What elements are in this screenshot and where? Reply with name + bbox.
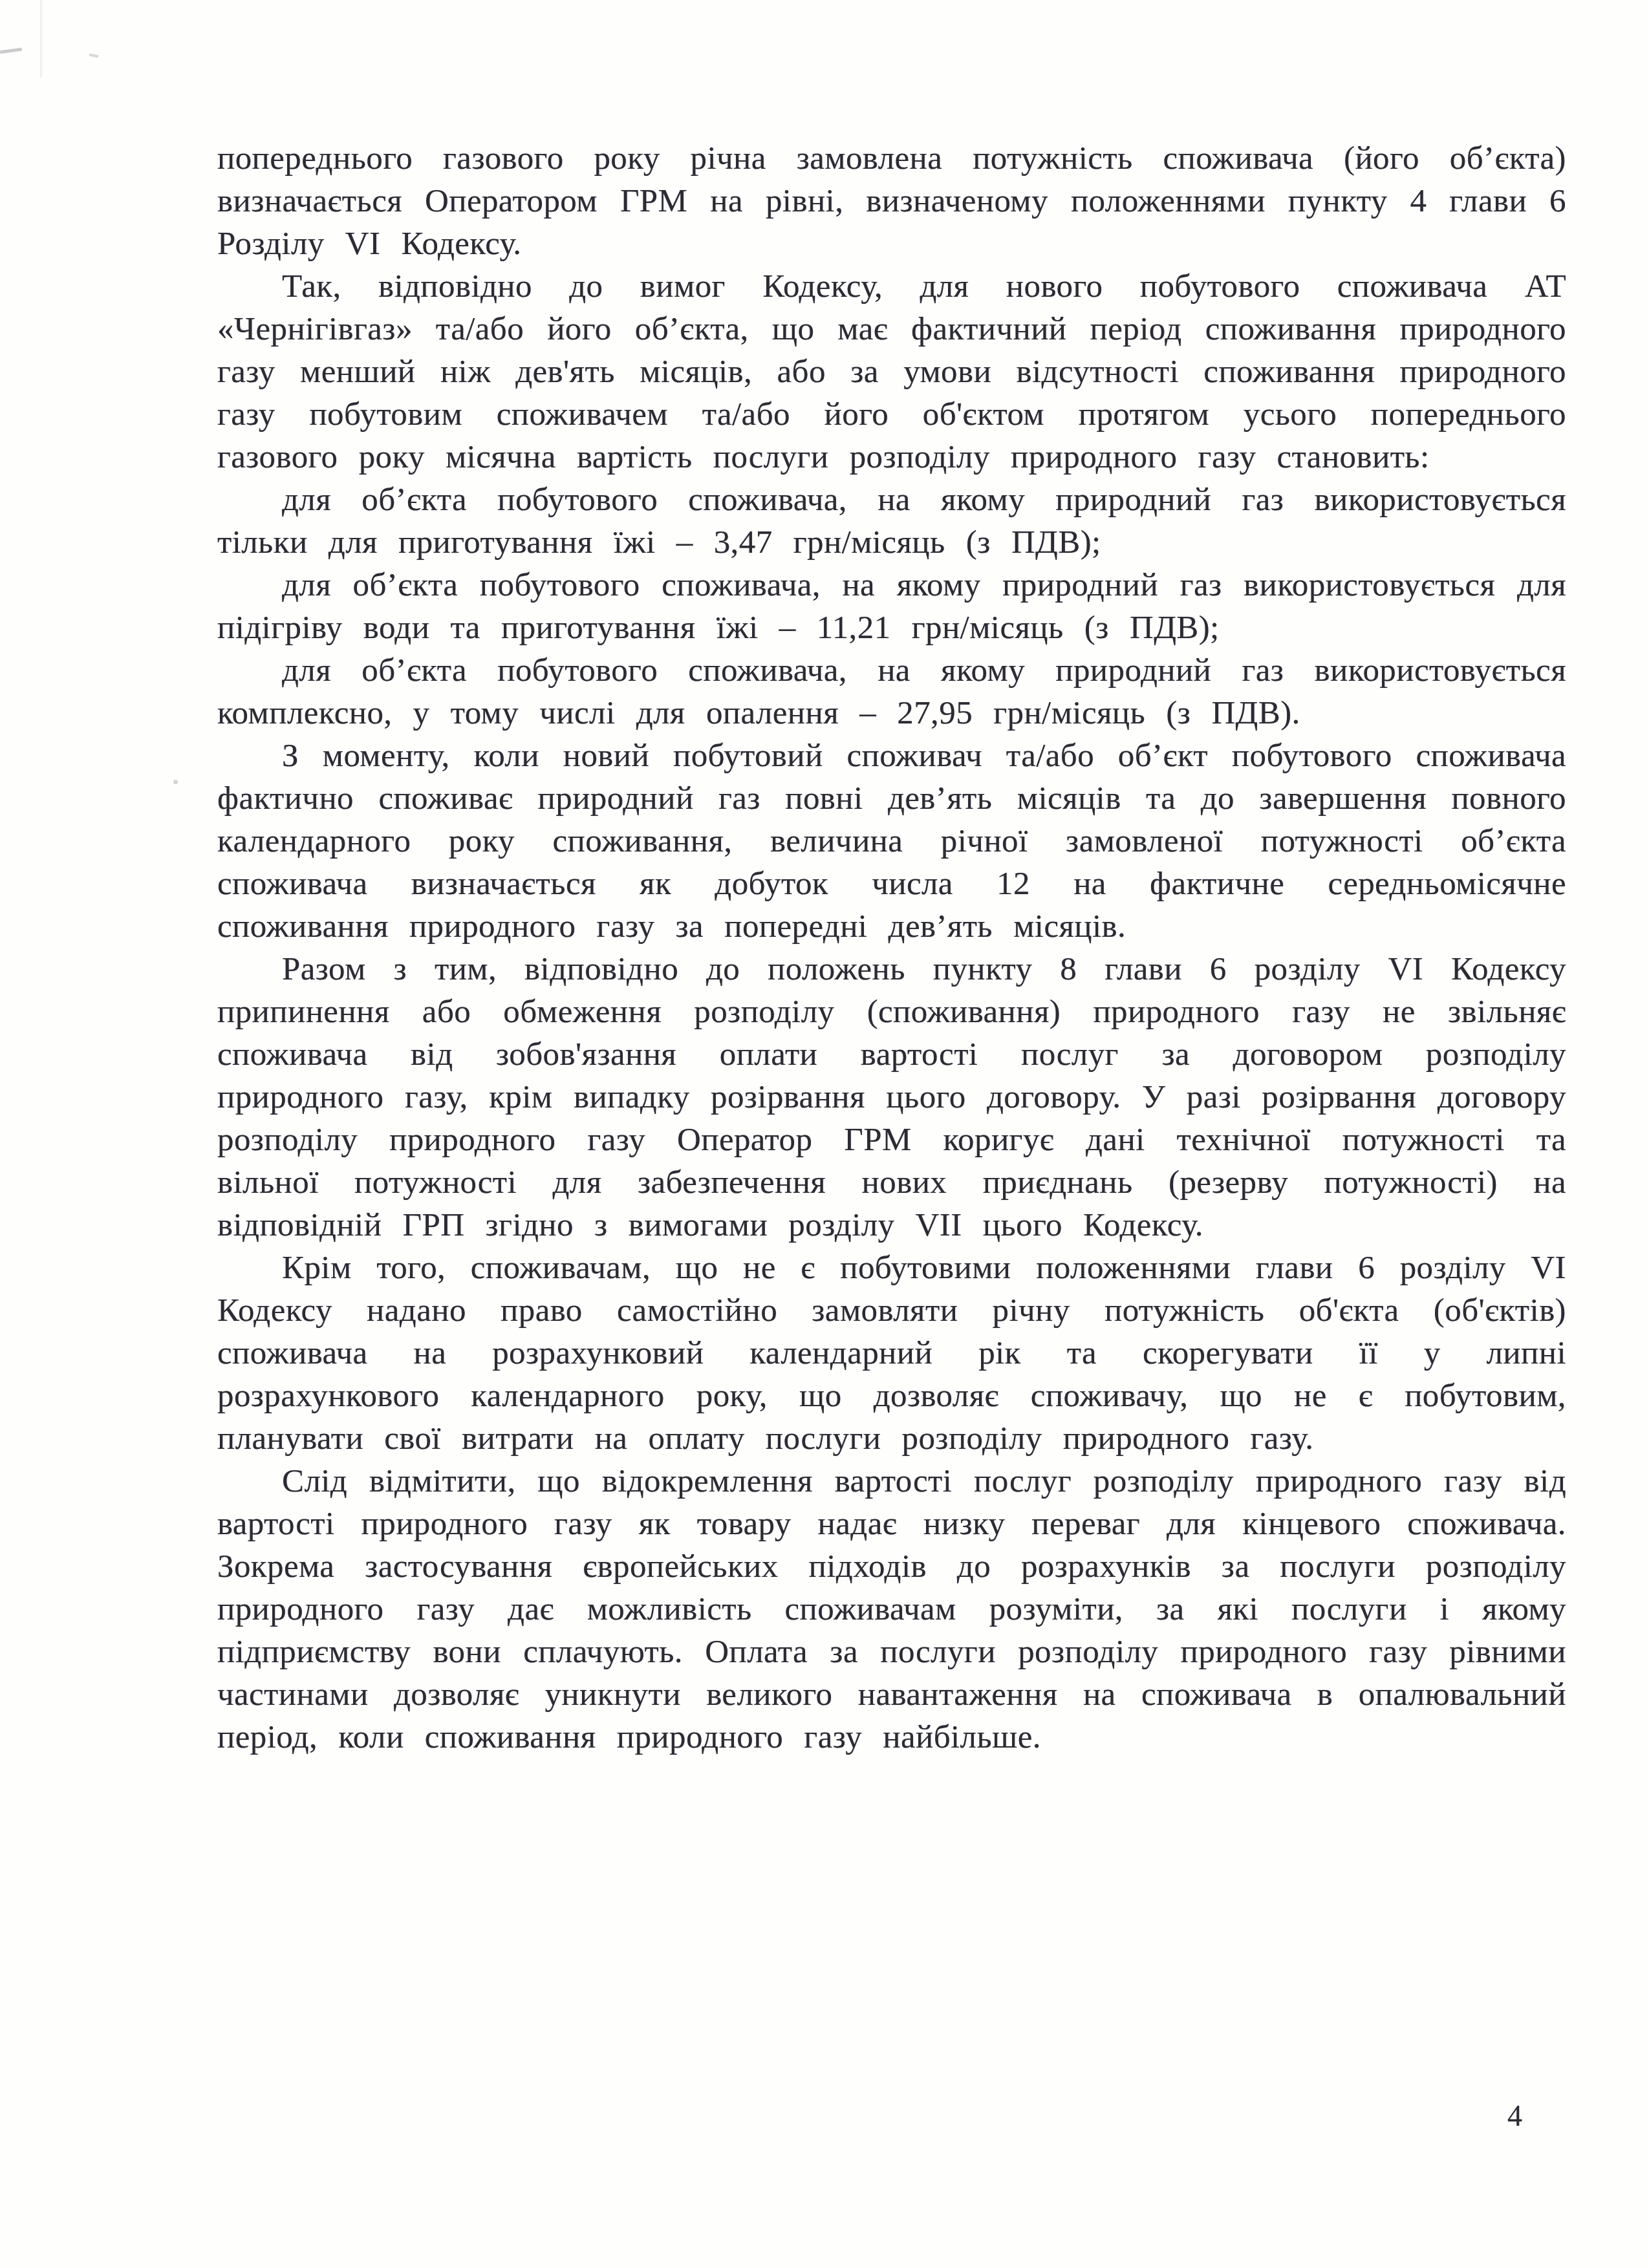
paragraph: Слід відмітити, що відокремлення вартост…	[217, 1460, 1566, 1759]
paragraph: для об’єкта побутового споживача, на яко…	[217, 478, 1566, 564]
paragraph: попереднього газового року річна замовле…	[217, 137, 1566, 265]
scan-artifact-corner	[0, 48, 22, 54]
scanned-document-page: попереднього газового року річна замовле…	[0, 0, 1649, 2268]
scan-artifact-speck	[89, 54, 99, 58]
paragraph: для об’єкта побутового споживача, на яко…	[217, 649, 1566, 734]
document-body: попереднього газового року річна замовле…	[217, 137, 1566, 1759]
scan-artifact-speck	[173, 780, 178, 784]
paragraph: З моменту, коли новий побутовий споживач…	[217, 734, 1566, 948]
paragraph: для об’єкта побутового споживача, на яко…	[217, 564, 1566, 649]
paragraph: Крім того, споживачам, що не є побутовим…	[217, 1246, 1566, 1460]
paragraph: Так, відповідно до вимог Кодексу, для но…	[217, 265, 1566, 478]
page-number: 4	[1507, 2099, 1522, 2133]
paragraph: Разом з тим, відповідно до положень пунк…	[217, 948, 1566, 1246]
scan-artifact-streak	[40, 0, 42, 78]
